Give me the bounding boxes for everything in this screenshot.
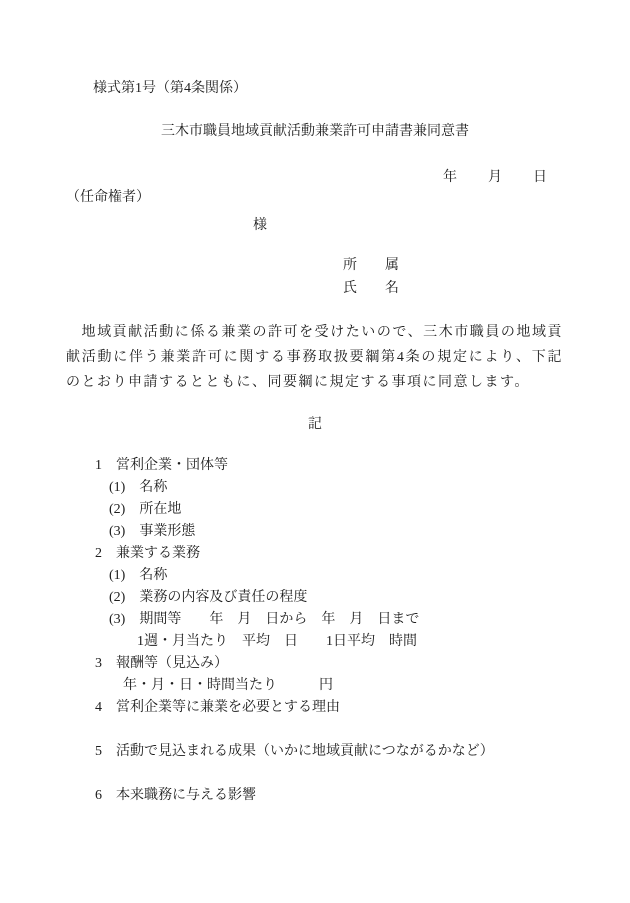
list-line: 6 本来職務に与える影響	[95, 785, 494, 807]
list-line: 5 活動で見込まれる成果（いかに地域貢献につながるかなど）	[95, 741, 494, 763]
list-line: 4 営利企業等に兼業を必要とする理由	[95, 697, 494, 719]
document-page: 様式第1号（第4条関係） 三木市職員地域貢献活動兼業許可申請書兼同意書 年 月 …	[0, 0, 630, 903]
items-list: 1 営利企業・団体等 (1) 名称 (2) 所在地 (3) 事業形態2 兼業する…	[95, 455, 494, 807]
form-number: 様式第1号（第4条関係）	[93, 82, 247, 96]
name-label: 氏 名	[343, 282, 399, 296]
affiliation-label: 所 属	[343, 259, 399, 273]
list-line: (2) 業務の内容及び責任の程度	[95, 587, 494, 609]
list-line: (2) 所在地	[95, 499, 494, 521]
appointer-label: （任命権者）	[66, 191, 150, 205]
date-line: 年 月 日	[443, 171, 548, 185]
list-line: 1 営利企業・団体等	[95, 455, 494, 477]
list-line: (3) 期間等 年 月 日から 年 月 日まで	[95, 609, 494, 631]
list-line: 2 兼業する業務	[95, 543, 494, 565]
list-line: (1) 名称	[95, 565, 494, 587]
notice-marker: 記	[0, 418, 630, 432]
list-line: 3 報酬等（見込み）	[95, 653, 494, 675]
list-line: 年・月・日・時間当たり 円	[95, 675, 494, 697]
list-line	[95, 719, 494, 741]
document-title: 三木市職員地域貢献活動兼業許可申請書兼同意書	[0, 125, 630, 139]
body-paragraph: 地域貢献活動に係る兼業の許可を受けたいので、三木市職員の地域貢献活動に伴う兼業許…	[66, 320, 563, 395]
recipient-honorific: 様	[253, 219, 267, 233]
list-line: (1) 名称	[95, 477, 494, 499]
list-line	[95, 763, 494, 785]
list-line: 1週・月当たり 平均 日 1日平均 時間	[95, 631, 494, 653]
list-line: (3) 事業形態	[95, 521, 494, 543]
